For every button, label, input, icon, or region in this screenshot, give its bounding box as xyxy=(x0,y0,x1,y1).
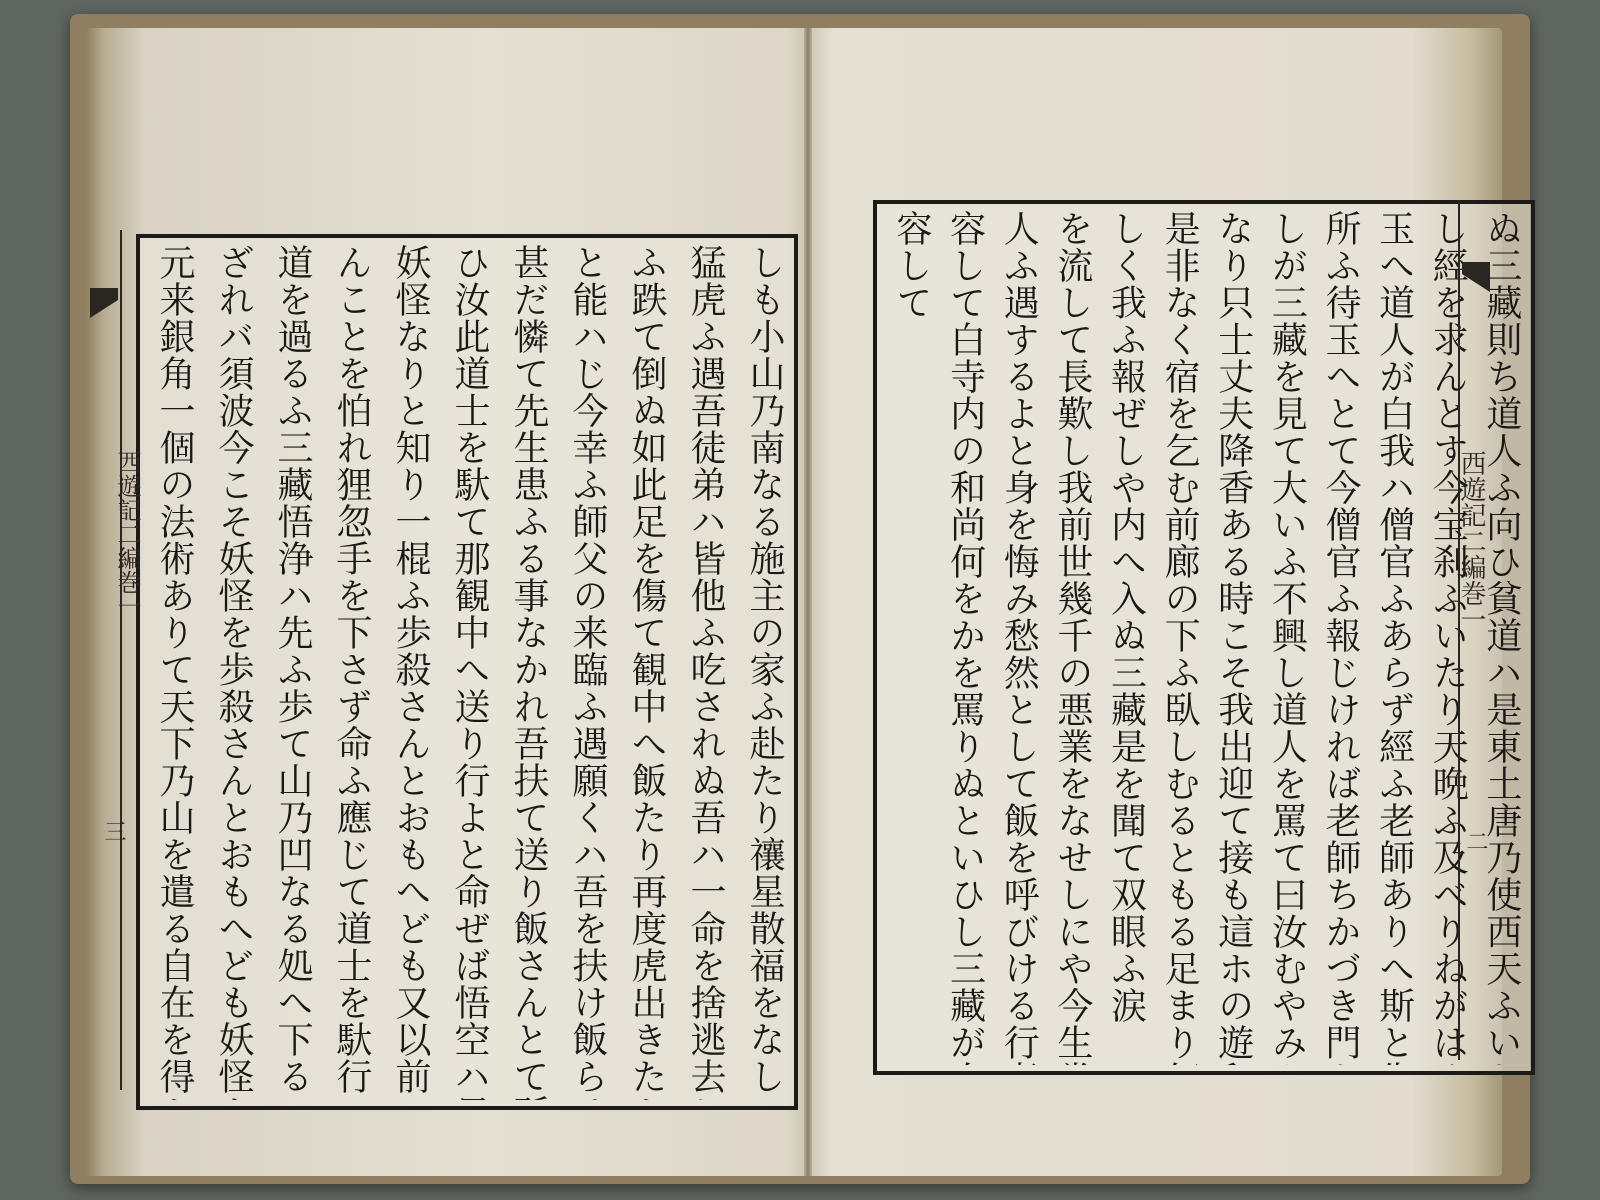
right-text-frame: ぬ三藏則ち道人ふ向ひ貧道ハ是東土唐乃使西天ふいたり佛を拜 し經を求んとす今宝刹ふ… xyxy=(873,200,1535,1075)
text-column: ぬ三藏則ち道人ふ向ひ貧道ハ是東土唐乃使西天ふいたり佛を拜 xyxy=(1473,210,1525,1065)
text-column: ひ汝此道士を馱て那観中へ送り行よと命ぜば悟空ハ早く道士を xyxy=(441,244,493,1100)
right-text-columns: ぬ三藏則ち道人ふ向ひ貧道ハ是東土唐乃使西天ふいたり佛を拜 し經を求んとす今宝刹ふ… xyxy=(883,210,1525,1065)
open-book: しも小山乃南なる施主の家ふ赴たり禳星散福をなしてかへるさ不計 猛虎ふ遇吾徒弟ハ皆… xyxy=(70,14,1530,1184)
text-column: 甚だ憐て先生患ふる事なかれ吾扶て送り飯さんとて孫行者ふ向 xyxy=(500,244,552,1100)
text-column: 道を過るふ三藏悟浄ハ先ふ歩て山乃凹なる処へ下るに猪形の xyxy=(264,244,316,1100)
text-column: 玉へ道人が白我ハ僧官ふあらず經ふ老師ありへ斯と告ん師父姓 xyxy=(1366,210,1418,1065)
text-column: しも小山乃南なる施主の家ふ赴たり禳星散福をなしてかへるさ不計 xyxy=(736,244,788,1100)
text-column: 猛虎ふ遇吾徒弟ハ皆他ふ吃されぬ吾ハ一命を捨逃去しふ忽ち石 xyxy=(677,244,729,1100)
text-column: 妖怪なりと知り一棍ふ歩殺さんとおもへども又以前のごとく師父ふ責られ xyxy=(382,244,434,1100)
text-column: と能ハじ今幸ふ師父の来臨ふ遇願くハ吾を扶け飯らせ玉へ三藏 xyxy=(559,244,611,1100)
left-margin-title: 西遊記二編巻一 xyxy=(110,450,145,618)
text-column: 人ふ遇するよと身を悔み愁然として飯を呼びける行者師父が満眼愁 xyxy=(990,210,1042,1065)
text-column: なり只士丈夫降香ある時こそ我出迎て接も這ホの遊和尚の天晩て xyxy=(1205,210,1257,1065)
text-column: 所ふ待玉へとて今僧官ふ報じければ老師ちかづき門を開て迎へ xyxy=(1312,210,1364,1065)
text-column: 容して白寺内の和尚何をかを罵りぬといひし三藏が白寺 xyxy=(937,210,989,1065)
text-column: 容して xyxy=(883,210,935,1065)
left-text-columns: しも小山乃南なる施主の家ふ赴たり禳星散福をなしてかへるさ不計 猛虎ふ遇吾徒弟ハ皆… xyxy=(146,244,788,1100)
left-page-number: 三 xyxy=(98,820,129,842)
text-column: しく我ふ報ぜしや内へ入ぬ三藏是を聞て双眼ふ涙 xyxy=(1098,210,1150,1065)
text-column: 元来銀角一個の法術ありて天下乃山を遣る自在を得られぬ行者ら xyxy=(146,244,198,1100)
left-fold-line xyxy=(120,230,122,1090)
text-column: しが三藏を見て大いふ不興し道人を罵て曰汝むやみや我ハ是僧官 xyxy=(1258,210,1310,1065)
text-column: ざれバ須波今こそ妖怪を歩殺さんとおもへども妖怪も早く是をさとり xyxy=(205,244,257,1100)
text-column: んことを怕れ狸忽手を下さず命ふ應じて道士を馱行こと三五里乃 xyxy=(323,244,375,1100)
text-column: し經を求んとす今宝刹ふいたり天晩ふ及べりねがはくハ一宿を許し xyxy=(1419,210,1471,1065)
right-page: ぬ三藏則ち道人ふ向ひ貧道ハ是東土唐乃使西天ふいたり佛を拜 し經を求んとす今宝刹ふ… xyxy=(812,28,1502,1176)
right-margin-title: 西遊記二編巻一 xyxy=(1453,450,1490,632)
right-page-number: 二 xyxy=(1460,830,1491,852)
left-text-frame: しも小山乃南なる施主の家ふ赴たり禳星散福をなしてかへるさ不計 猛虎ふ遇吾徒弟ハ皆… xyxy=(136,234,798,1110)
left-page: しも小山乃南なる施主の家ふ赴たり禳星散福をなしてかへるさ不計 猛虎ふ遇吾徒弟ハ皆… xyxy=(86,28,804,1176)
text-column: を流して長歎し我前世幾千の悪業をなせしにや今生常ふ不良 xyxy=(1044,210,1096,1065)
text-column: ふ跌て倒ぬ如此足を傷て観中へ飯たり再度虎出きたらハ逃るこ xyxy=(618,244,670,1100)
text-column: 是非なく宿を乞む前廊の下ふ臥しむるともる足まり何ぞとく xyxy=(1151,210,1203,1065)
book-gutter xyxy=(804,28,812,1176)
